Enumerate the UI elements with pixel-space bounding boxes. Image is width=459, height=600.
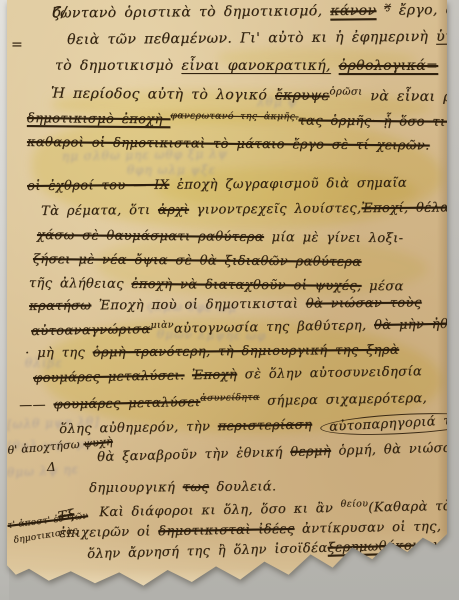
- margin-note: Δ: [47, 460, 56, 474]
- text-segment: [312, 417, 320, 432]
- text-segment: σήμερα σιχαμερότερα,: [260, 391, 428, 409]
- text-segment: περιστερίαση: [218, 418, 313, 435]
- text-segment: · μὴ της: [25, 345, 93, 361]
- handwritten-line: τὸ δημοτικισμὸ εἶναι φανοκρατική, ὀρθολο…: [55, 58, 438, 74]
- text-segment: (Καθαρὰ τὸ μάταιο ἔργο: [368, 497, 459, 515]
- text-segment: κάνον: [330, 3, 376, 19]
- margin-note: =: [11, 37, 23, 53]
- text-segment: [331, 58, 339, 74]
- text-segment: θὰ ξαναβροῦν τὴν ἐθνική: [97, 445, 290, 465]
- manuscript-page: 6/ ημ σλθω μηε ωθφ ξμ λψθφη ωλμ ψξελθμ ψ…: [7, 0, 447, 600]
- text-segment: αὐτοαναγνώρισα: [31, 322, 151, 339]
- text-segment: οἱ ἐχθροί του — ΙΧ: [27, 178, 169, 194]
- handwritten-line: Ἡ περίοδος αὐτὴ τὸ λογικό ἔκρυψεὁρῶσι νὰ…: [51, 84, 459, 105]
- text-segment: εἶναι φανοκρατική,: [181, 58, 330, 74]
- paper-shadow-wrap: 6/ ημ σλθω μηε ωθφ ξμ λψθφη ωλμ ψξελθμ ψ…: [0, 0, 459, 600]
- text-segment: θὰ μὴν ἠθη-: [374, 317, 459, 334]
- scanned-document-view: 6/ ημ σλθω μηε ωθφ ξμ λψθφη ωλμ ψξελθμ ψ…: [0, 0, 459, 600]
- handwritten-line: Καὶ διάφοροι κι ὅλη, ὅσο κι ἂν θείου(Καθ…: [99, 495, 459, 520]
- text-segment: κρατήσω: [29, 298, 91, 314]
- text-segment: ὁρμὴ τρανότερη, τὴ δημιουργική της ξηρὰ: [93, 343, 399, 361]
- text-segment: τως: [183, 480, 209, 495]
- text-segment: Ἐποχί, θέλα: [361, 200, 449, 216]
- text-segment: Τὰ ρέματα, ὅτι: [41, 203, 158, 219]
- text-segment: ὁρμή, θὰ νιώσουν τὴ: [331, 440, 459, 459]
- text-segment: , γιὰ χά-: [420, 537, 459, 554]
- text-segment: θερμὴ: [290, 444, 331, 460]
- handwritten-line: κρατήσω Ἐποχὴ ποὺ οἱ δημοτικισταὶ θὰ νιώ…: [29, 296, 422, 314]
- text-segment: ἐποχὴ νὰ διαταχθοῦν οἱ ψυχές,: [131, 277, 361, 294]
- text-segment: Ἐποχὴ ποὺ οἱ δημοτικισταὶ: [91, 297, 306, 314]
- text-segment: ὁρῶσι: [329, 86, 362, 97]
- text-segment: δημιουργική: [89, 480, 183, 496]
- text-segment: μιὰν: [150, 320, 174, 331]
- text-segment: ψυχὴ: [83, 435, 113, 451]
- handwritten-line: Τὰ ρέματα, ὅτι ἀρχὶ γινοντρεχεῖς λουίστε…: [41, 200, 449, 219]
- text-segment: θείου: [341, 498, 369, 509]
- text-segment: =: [11, 37, 23, 53]
- text-segment: δημοτικισμὸ ἐποχὴ: [27, 111, 171, 127]
- text-segment: ὀρθολογικά=: [339, 58, 438, 74]
- text-segment: ἔκρυψε: [275, 87, 329, 103]
- showthrough-text: θφη ωλμ ψξε: [127, 163, 216, 177]
- text-segment: ὅλης αὐθημερόν, τὴν: [59, 419, 218, 437]
- text-segment: φουμάρες μεταλύσει.: [33, 368, 185, 386]
- text-segment: Καὶ διάφοροι κι ὅλη, ὅσο κι ἂν: [99, 501, 341, 520]
- text-segment: δουλειά.: [209, 479, 277, 495]
- text-segment: Δ: [47, 460, 56, 474]
- showthrough-text: θμω λψ ηε: [7, 462, 80, 480]
- handwritten-line: θὰ ξαναβροῦν τὴν ἐθνική θερμὴ ὁρμή, θὰ ν…: [97, 440, 459, 465]
- text-segment: τας ὁρμῆς· ᾗ ὅσο τι θὰ διαλεχθῶν: [298, 114, 459, 131]
- text-segment: ἀντίκρυσαν οἱ της, ξελὰ: [294, 519, 459, 537]
- text-segment: μέσα: [361, 279, 403, 294]
- text-segment: μία μὲ γίνει λοξι-: [264, 230, 404, 246]
- handwritten-line: δημιουργική τως δουλειά.: [89, 479, 277, 496]
- handwritten-line: θειὰ τῶν πεθαμένων. Γι' αὐτὸ κι ἡ ἐφημερ…: [67, 28, 459, 48]
- text-segment: ξερημωθήκον: [327, 538, 420, 555]
- text-segment: ζωντανὸ ὁριστικὰ τὸ δημοτικισμό,: [52, 3, 330, 21]
- text-segment: νὰ εἶναι ραβδὸ: [362, 88, 459, 105]
- text-segment: τὸ δημοτικισμὸ: [55, 58, 181, 74]
- text-segment: ἔργο, ὅλο δηλη-: [391, 1, 459, 18]
- handwritten-line: ζήσει μὲ νέα ὄψια σὲ θὰ ξιδιαθῶν ραθύτερ…: [33, 252, 362, 270]
- text-segment: ζήσει μὲ νέα ὄψια σὲ θὰ ξιδιαθῶν ραθύτερ…: [33, 252, 362, 270]
- text-segment: φανερωτανό της ἀκμῆς.: [170, 110, 298, 122]
- text-segment: Ἐποχὴ: [192, 367, 237, 383]
- handwritten-line: ζωντανὸ ὁριστικὰ τὸ δημοτικισμό, κάνον ϗ…: [52, 0, 459, 22]
- text-segment: χάσω σὲ θαυμάσματι ραθύτερα: [37, 228, 264, 245]
- text-segment: ἐποχὴ ζωγραφισμοῦ διὰ σημαῖα: [169, 176, 407, 193]
- text-segment: τῆς ἀλήθειας: [29, 276, 132, 292]
- text-segment: ὑγεία: [436, 28, 459, 44]
- text-segment: γινοντρεχεῖς λουίστες,: [189, 201, 362, 218]
- text-segment: ἀσυνείδητα: [200, 392, 260, 404]
- text-segment: θὰ νιώσαν τοὺς: [306, 296, 422, 312]
- text-segment: Ἡ περίοδος αὐτὴ τὸ λογικό: [51, 86, 275, 104]
- text-segment: θειὰ τῶν πεθαμένων. Γι' αὐτὸ κι ἡ ἐφημερ…: [67, 29, 436, 48]
- text-segment: ἀρχὶ: [158, 203, 189, 218]
- handwritten-line: τῆς ἀλήθειας ἐποχὴ νὰ διαταχθοῦν οἱ ψυχέ…: [29, 276, 404, 294]
- handwritten-line: χάσω σὲ θαυμάσματι ραθύτερα μία μὲ γίνει…: [37, 228, 404, 246]
- text-segment: ——: [19, 398, 54, 414]
- text-segment: φουμάρες μεταλύσει: [53, 395, 200, 413]
- text-segment: δημοτικισταὶ ἰδέες: [158, 522, 294, 539]
